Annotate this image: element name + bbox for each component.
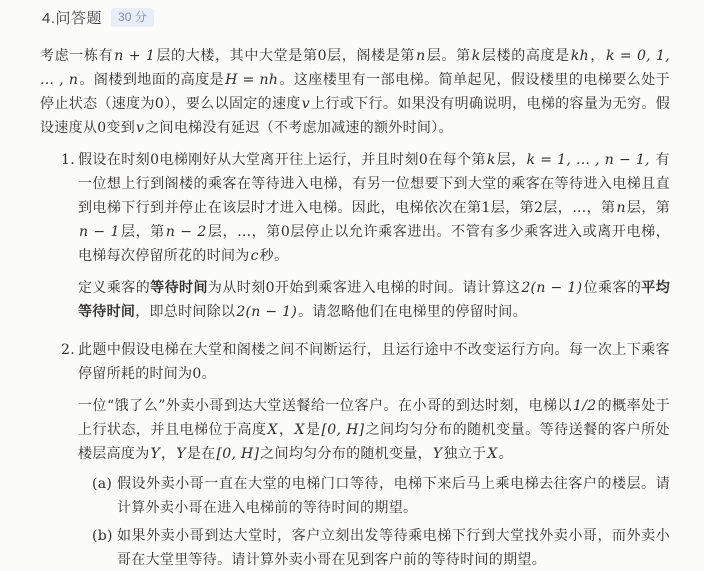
- subitem-label: (a): [92, 472, 117, 520]
- text-run: 层，第: [121, 224, 165, 240]
- text-run: 层，: [497, 152, 526, 168]
- text-run: 层，第: [627, 200, 670, 216]
- text-run: 层。第: [426, 48, 470, 64]
- math-text: H = nh: [224, 72, 279, 88]
- subitem-label: (b): [92, 524, 117, 571]
- math-text: n − 1: [78, 224, 121, 240]
- item-number: 2.: [61, 338, 78, 571]
- math-text: Y: [150, 446, 162, 462]
- item-content: 假设在时刻0电梯刚好从大堂离开往上运行，并且时刻0在每个第k层，k = 1, ……: [78, 148, 670, 324]
- text-run: ，即总时间除以: [135, 304, 235, 320]
- math-text: v: [301, 96, 311, 112]
- intro-paragraph: 考虑一栋有n + 1层的大楼，其中大堂是第0层，阁楼是第n层。第k层楼的高度是k…: [40, 44, 670, 140]
- math-text: Y: [175, 446, 187, 462]
- math-text: n: [415, 48, 426, 64]
- question-title: 4.问答题: [42, 7, 102, 28]
- math-text: n − 2: [165, 224, 208, 240]
- text-run: 假设在时刻0电梯刚好从大堂离开往上运行，并且时刻0在每个第: [78, 152, 486, 168]
- text-run: 独立于: [443, 446, 486, 462]
- paragraph: 假设外卖小哥一直在大堂的电梯门口等待，电梯下来后马上乘电梯去往客户的楼层。请计算…: [117, 472, 670, 520]
- item-content: 此题中假设电梯在大堂和阁楼之间不间断运行，且运行途中不改变运行方向。每一次上下乘…: [78, 338, 670, 571]
- bold-text: 等待时间: [150, 280, 208, 296]
- text-run: ，: [590, 48, 605, 64]
- text-run: 一位“饿了么”外卖小哥到达大堂送餐给一位客户。在小哥的到达时刻，电梯以: [78, 398, 572, 414]
- text-run: 为从时刻0开始到乘客进入电梯的时间。请计算这: [208, 280, 520, 296]
- paragraph: 如果外卖小哥到达大堂时，客户立刻出发等待乘电梯下行到大堂找外卖小哥，而外卖小哥在…: [117, 524, 670, 571]
- text-run: 此题中假设电梯在大堂和阁楼之间不间断运行，且运行途中不改变运行方向。每一次上下乘…: [78, 342, 670, 382]
- paragraph: 定义乘客的等待时间为从时刻0开始到乘客进入电梯的时间。请计算这2(n − 1)位…: [78, 276, 670, 324]
- text-run: 如果外卖小哥到达大堂时，客户立刻出发等待乘电梯下行到大堂找外卖小哥，而外卖小哥在…: [117, 528, 670, 568]
- math-text: [0, H]: [216, 446, 261, 462]
- text-run: 定义乘客的: [78, 280, 150, 296]
- text-run: 秒。: [260, 248, 289, 264]
- question-body: 考虑一栋有n + 1层的大楼，其中大堂是第0层，阁楼是第n层。第k层楼的高度是k…: [40, 44, 670, 571]
- text-run: ，: [161, 446, 175, 462]
- points-badge: 30 分: [111, 8, 154, 27]
- math-text: X: [486, 446, 498, 462]
- text-run: 之间均匀分布的随机变量，: [260, 446, 432, 462]
- math-text: [0, H]: [320, 422, 365, 438]
- text-run: 是: [306, 422, 321, 438]
- question-header: 4.问答题 30 分: [42, 6, 670, 28]
- text-run: 考虑一栋有: [40, 48, 113, 64]
- subitem-a: (a) 假设外卖小哥一直在大堂的电梯门口等待，电梯下来后马上乘电梯去往客户的楼层…: [92, 472, 670, 520]
- paragraph: 假设在时刻0电梯刚好从大堂离开往上运行，并且时刻0在每个第k层，k = 1, ……: [78, 148, 670, 268]
- math-text: k: [486, 152, 497, 168]
- text-run: 。请忽略他们在电梯里的停留时间。: [298, 304, 527, 320]
- math-text: k: [471, 48, 482, 64]
- text-run: 之间电梯没有延迟（不考虑加减速的额外时间）。: [145, 120, 453, 136]
- math-text: 1/2: [572, 398, 597, 414]
- paragraph: 此题中假设电梯在大堂和阁楼之间不间断运行，且运行途中不改变运行方向。每一次上下乘…: [78, 338, 670, 386]
- text-run: 层楼的高度是: [482, 48, 570, 64]
- math-text: Y: [432, 446, 444, 462]
- math-text: v: [135, 120, 145, 136]
- math-text: 2(n − 1): [235, 304, 298, 320]
- list-item-1: 1. 假设在时刻0电梯刚好从大堂离开往上运行，并且时刻0在每个第k层，k = 1…: [61, 148, 670, 324]
- math-text: k = 1, … , n − 1,: [526, 152, 651, 168]
- text-run: 。: [499, 446, 513, 462]
- math-text: c: [250, 248, 260, 264]
- math-text: n + 1: [113, 48, 156, 64]
- text-run: 是在: [187, 446, 216, 462]
- question-page: 4.问答题 30 分 考虑一栋有n + 1层的大楼，其中大堂是第0层，阁楼是第n…: [0, 0, 704, 571]
- math-text: X: [294, 422, 306, 438]
- subitem-b: (b) 如果外卖小哥到达大堂时，客户立刻出发等待乘电梯下行到大堂找外卖小哥，而外…: [92, 524, 670, 571]
- text-run: 位乘客的: [583, 280, 641, 296]
- item-number: 1.: [61, 148, 78, 324]
- math-text: kh: [570, 48, 590, 64]
- text-run: 层的大楼，其中大堂是第0层，阁楼是第: [156, 48, 415, 64]
- math-text: n: [615, 200, 626, 216]
- text-run: 。阁楼到地面的高度是: [79, 72, 224, 88]
- math-text: 2(n − 1): [520, 280, 583, 296]
- text-run: ，: [279, 422, 294, 438]
- list-item-2: 2. 此题中假设电梯在大堂和阁楼之间不间断运行，且运行途中不改变运行方向。每一次…: [61, 338, 670, 571]
- math-text: X: [267, 422, 279, 438]
- paragraph: 一位“饿了么”外卖小哥到达大堂送餐给一位客户。在小哥的到达时刻，电梯以1/2的概…: [78, 394, 670, 466]
- text-run: 假设外卖小哥一直在大堂的电梯门口等待，电梯下来后马上乘电梯去往客户的楼层。请计算…: [117, 476, 670, 516]
